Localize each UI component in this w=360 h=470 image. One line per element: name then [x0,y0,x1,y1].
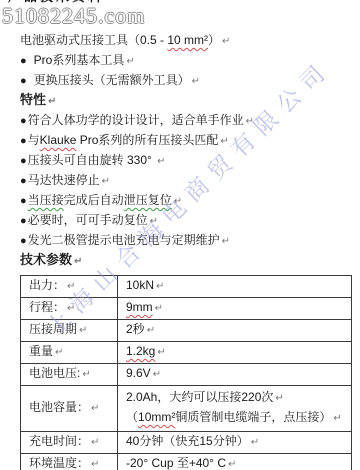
feature-ergonomic: ●符合人体功学的设计设计，适合单手作业↵ [20,110,353,130]
product-title-spellcheck: 10 mm² [167,33,208,47]
spec-label: 重量↵ [21,342,118,364]
spec-value-text: 2秒 [126,322,145,336]
paragraph-mark-icon: ↵ [222,36,230,47]
intro-bullet-pro-series: ●Pro系列基本工具↵ [20,50,353,70]
spec-label-text: 重量 [29,344,53,358]
feature-text: 与 [28,133,40,147]
feature-text: 必要时，可可手动复位 [28,213,148,227]
paragraph-mark-icon: ↵ [275,393,283,404]
spec-value: 9.6V↵ [118,364,352,386]
bullet-icon: ● [20,211,27,231]
spec-label: 电池电压:↵ [21,364,118,386]
spec-label-text: 出力： [29,278,65,292]
paragraph-mark-icon: ↵ [67,303,75,314]
feature-text: 符合人体功学的设计设计，适合单手作业 [28,113,244,127]
spec-value-spellcheck: +40° C [189,456,226,470]
specs-heading: 技术参数↵ [20,250,353,270]
spec-value-text: 2.0Ah，大约可以压接220次 [126,390,273,404]
product-title-close: ） [208,33,220,47]
feature-text: 压接头可自由旋转 330° [28,153,156,167]
bullet-icon: ● [20,231,27,251]
spec-label: 出力：↵ [21,276,118,298]
document-body: 电池驱动式压接工具（0.5 - 10 mm²）↵ ●Pro系列基本工具↵ ●更换… [20,30,353,470]
feature-manual-reset: ●必要时，可可手动复位↵ [20,210,353,230]
feature-text: 马达快速停止 [28,173,100,187]
paragraph-mark-icon: ↵ [82,369,90,380]
bullet-icon: ● [20,71,27,91]
paragraph-mark-icon: ↵ [251,437,259,448]
feature-text: 发光二极管提示电池充电与定期维护 [28,233,220,247]
spec-value-text: 40分钟（快充15分钟） [126,434,249,448]
bullet-icon: ● [20,151,27,171]
spec-value: 2.0Ah，大约可以压接220次↵ （10mm²铜质管制电缆端子，点压接）↵ [118,386,352,432]
paragraph-mark-icon: ↵ [55,347,63,358]
paragraph-mark-icon: ↵ [192,76,200,87]
spec-value: 2秒↵ [118,320,352,342]
spec-value-text: 9mm [126,300,153,314]
feature-motor-stop: ●马达快速停止↵ [20,170,353,190]
spec-label-text: 电池电压: [29,366,80,380]
spec-label: 行程：↵ [21,298,118,320]
feature-grammarcheck: 当压接 [28,193,64,207]
table-row-voltage: 电池电压:↵ 9.6V↵ [21,364,352,386]
spec-value: 10kN↵ [118,276,352,298]
paragraph-mark-icon: ↵ [174,196,182,207]
spec-value-text: 1.2kg [126,344,155,358]
feature-grammarcheck: 泄压复位 [124,193,172,207]
document-page: 产品技术资料 51082245.com 电池驱动式压接工具（0.5 - 10 m… [0,0,360,470]
feature-auto-release: ●当压接完成后自动泄压复位↵ [20,190,353,210]
spec-value: 9mm↵ [118,298,352,320]
spec-label-text: 行程： [29,300,65,314]
table-row-capacity: 电池容量：↵ 2.0Ah，大约可以压接220次↵ （10mm²铜质管制电缆端子，… [21,386,352,432]
paragraph-mark-icon: ↵ [79,325,87,336]
paragraph-mark-icon: ↵ [91,459,99,470]
spec-label: 充电时间：↵ [21,432,118,454]
spec-value-text: -20° Cup 至 [126,456,189,470]
paragraph-mark-icon: ↵ [157,347,165,358]
intro-bullet-text: 更换压接头（无需额外工具） [34,73,190,87]
paragraph-mark-icon: ↵ [222,236,230,247]
table-row-cycle: 压接周期↵ 2秒↵ [21,320,352,342]
spec-label-text: 电池容量： [29,400,89,414]
paragraph-mark-icon: ↵ [74,256,82,267]
specs-heading-text: 技术参数 [20,252,72,267]
spec-value-spellcheck: 10mm² [138,410,175,424]
paragraph-mark-icon: ↵ [102,176,110,187]
bullet-icon: ● [20,131,27,151]
paragraph-mark-icon: ↵ [67,281,75,292]
table-row-stroke: 行程：↵ 9mm↵ [21,298,352,320]
paragraph-mark-icon: ↵ [246,116,254,127]
paragraph-mark-icon: ↵ [220,136,228,147]
spec-value: 1.2kg↵ [118,342,352,364]
paragraph-mark-icon: ↵ [157,156,165,167]
spec-label: 电池容量：↵ [21,386,118,432]
spec-label: 环境温度：↵ [21,454,118,470]
table-row-temperature: 环境温度：↵ -20° Cup 至+40° C↵ [21,454,352,470]
spec-value: -20° Cup 至+40° C↵ [118,454,352,470]
paragraph-mark-icon: ↵ [91,437,99,448]
spec-value: 40分钟（快充15分钟）↵ [118,432,352,454]
product-title-text: 电池驱动式压接工具（0.5 - [20,33,167,47]
paragraph-mark-icon: ↵ [91,403,99,414]
paragraph-mark-icon: ↵ [156,281,164,292]
paragraph-mark-icon: ↵ [155,303,163,314]
site-watermark: 51082245.com [2,4,145,28]
features-heading: 特性↵ [20,90,353,110]
paragraph-mark-icon: ↵ [228,459,236,470]
paragraph-mark-icon: ↵ [147,325,155,336]
paragraph-mark-icon: ↵ [126,56,134,67]
feature-led-indicator: ●发光二极管提示电池充电与定期维护↵ [20,230,353,250]
paragraph-mark-icon: ↵ [153,369,161,380]
spec-label: 压接周期↵ [21,320,118,342]
product-title: 电池驱动式压接工具（0.5 - 10 mm²）↵ [20,30,353,50]
bullet-icon: ● [20,111,27,131]
bullet-icon: ● [20,191,27,211]
paragraph-mark-icon: ↵ [150,216,158,227]
intro-bullet-replace-head: ●更换压接头（无需额外工具）↵ [20,70,353,90]
capacity-line-1: 2.0Ah，大约可以压接220次↵ [126,388,343,408]
table-row-weight: 重量↵ 1.2kg↵ [21,342,352,364]
table-row-charge-time: 充电时间：↵ 40分钟（快充15分钟）↵ [21,432,352,454]
spec-label-text: 环境温度： [29,456,89,470]
features-heading-text: 特性 [20,92,46,107]
spec-value-text: （ [126,410,138,424]
capacity-line-2: （10mm²铜质管制电缆端子，点压接）↵ [126,408,343,428]
feature-text: 完成后自动 [64,193,124,207]
table-row-output: 出力：↵ 10kN↵ [21,276,352,298]
bullet-icon: ● [20,51,27,71]
feature-text: Pro系列的所有压接头匹配 [76,133,218,147]
paragraph-mark-icon: ↵ [48,96,56,107]
spec-label-text: 充电时间： [29,434,89,448]
intro-bullet-text: Pro系列基本工具 [34,53,125,67]
spec-value-text: 9.6V [126,366,151,380]
feature-spellcheck: Klauke [40,133,77,147]
specs-table: 出力：↵ 10kN↵ 行程：↵ 9mm↵ 压接周期↵ 2秒↵ 重量↵ 1.2kg… [20,275,352,470]
bullet-icon: ● [20,171,27,191]
feature-rotate-330: ●压接头可自由旋转 330° ↵ [20,150,353,170]
spec-value-text: 铜质管制电缆端子，点压接） [175,410,331,424]
feature-klauke-compat: ●与Klauke Pro系列的所有压接头匹配↵ [20,130,353,150]
paragraph-mark-icon: ↵ [333,413,341,424]
spec-value-text: 10kN [126,278,154,292]
spec-label-text: 压接周期 [29,322,77,336]
